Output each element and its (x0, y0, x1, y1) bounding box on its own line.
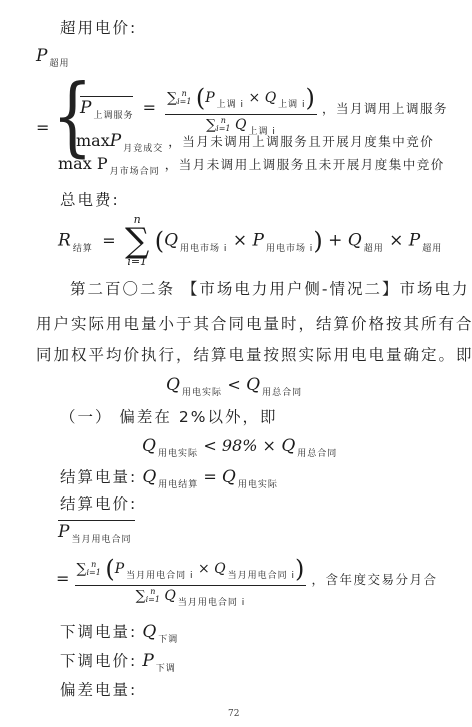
sum-lower: i=1 (177, 97, 191, 106)
subscript: 月竞成交 (123, 144, 163, 154)
subscript: 结算 (73, 244, 93, 254)
subscript: 上调服务 (93, 111, 133, 121)
subscript: 用总合同 (297, 449, 337, 459)
deviation-qty-label: 偏差电量: (60, 678, 137, 700)
symbol-p: P (58, 522, 69, 542)
subscript: 下调 (156, 664, 176, 674)
times: × (389, 231, 403, 251)
subscript: 用总合同 (262, 388, 302, 398)
symbol-q: Q (164, 588, 175, 604)
condition-formula: Q用电实际 < Q用总合同 (166, 375, 302, 395)
symbol-q: Q (222, 467, 236, 487)
plus: + (328, 231, 342, 251)
symbol-p: P (142, 651, 153, 671)
settle-price-label: 结算电价: (60, 492, 137, 514)
sum-symbol: ∑ (136, 588, 146, 604)
p-upward-service: P上调服务 (80, 96, 133, 118)
settle-price-symbol: P当月用电合同 (58, 522, 135, 542)
sum-lower: i=1 (125, 256, 149, 268)
symbol-q: Q (281, 436, 295, 456)
subscript: 用电市场 i (180, 244, 227, 254)
case-2-formula: maxP月竞成交 ，当月未调用上调服务且开展月度集中竞价 (76, 131, 434, 151)
down-qty-label: 下调电量: (60, 623, 137, 641)
down-price-label: 下调电价: (60, 652, 137, 670)
sum-lower: i=1 (146, 595, 160, 604)
symbol-q: Q (142, 436, 156, 456)
sum-limits: ni=1 (177, 90, 191, 106)
subscript: 上调 i (217, 100, 244, 110)
symbol-q: Q (166, 375, 180, 395)
numerator: ∑ni=1 (P上调 i × Q上调 i) (165, 84, 317, 115)
case-one-formula: Q用电实际 < 98% × Q用总合同 (142, 436, 337, 456)
times: × (233, 231, 247, 251)
subscript: 超用 (364, 244, 384, 254)
numerator: ∑ni=1 (P当月用电合同 i × Q当月用电合同 i) (75, 555, 307, 586)
subscript: 下调 (158, 635, 178, 645)
weighted-average-fraction: ∑ni=1 (P当月用电合同 i × Q当月用电合同 i) ∑ni=1 Q当月用… (75, 555, 307, 604)
case-3-condition: ，当月未调用上调服务且未开展月度集中竞价 (165, 157, 445, 172)
open-paren: ( (105, 555, 114, 583)
subscript: 用电实际 (182, 388, 222, 398)
case-1-formula: P上调服务 = ∑ni=1 (P上调 i × Q上调 i) ∑ni=1 Q上调 … (80, 84, 448, 133)
total-fee-formula: R结算 = n ∑ i=1 (Q用电市场 i × P用电市场 i) + Q超用 … (58, 214, 442, 268)
formula-suffix: ，含年度交易分月合 (311, 572, 437, 587)
sum-symbol: ∑ (167, 90, 177, 106)
symbol-p: P (252, 231, 263, 251)
symbol-q: Q (164, 231, 178, 251)
page-number: 72 (228, 709, 239, 719)
overuse-price-heading: 超用电价: (60, 16, 137, 38)
less-than: < (227, 375, 240, 394)
sum-lower: i=1 (87, 568, 101, 577)
denominator: ∑ni=1 Q当月用电合同 i (75, 586, 307, 604)
weighted-average-fraction: ∑ni=1 (P上调 i × Q上调 i) ∑ni=1 Q上调 i (165, 84, 317, 133)
article-line-1: 第二百〇二条 【市场电力用户侧-情况二】市场电力 (70, 277, 470, 299)
equals: = (102, 231, 115, 250)
symbol-q: Q (348, 231, 362, 251)
subscript: 月市场合同 (110, 167, 160, 177)
symbol-p: P (115, 561, 124, 577)
symbol-q: Q (142, 467, 156, 487)
symbol-p: P (36, 46, 47, 66)
sum-symbol: ∑ (125, 226, 149, 256)
case-1-condition: ，当月调用上调服务 (322, 101, 448, 116)
symbol-p: P (110, 131, 121, 151)
equals-sign: = (36, 118, 49, 137)
close-paren: ) (295, 555, 304, 583)
open-paren: ( (155, 227, 164, 255)
operator: < 98% × (203, 436, 276, 455)
equals: = (143, 98, 156, 117)
subscript: 当月用电合同 i (126, 571, 193, 581)
subscript: 用电实际 (238, 480, 278, 490)
open-paren: ( (196, 84, 205, 112)
max-operator: max (76, 131, 110, 150)
big-sum: n ∑ i=1 (125, 214, 149, 268)
overline-p: P当月用电合同 (58, 520, 135, 542)
sum-limits: ni=1 (87, 561, 101, 577)
equals: = (56, 569, 69, 588)
subscript: 用电结算 (158, 480, 198, 490)
times: × (249, 90, 261, 106)
subscript: 超用 (422, 244, 442, 254)
settle-qty-row: 结算电量: Q用电结算 = Q用电实际 (60, 465, 278, 487)
equals: = (203, 467, 216, 486)
case-one-heading: （一） 偏差在 2%以外，即 (60, 405, 277, 427)
subscript: 当月用电合同 (71, 535, 131, 545)
symbol-p: P (205, 90, 214, 106)
case-3-formula: max P月市场合同 ，当月未调用上调服务且未开展月度集中竞价 (58, 154, 445, 173)
subscript: 当月用电合同 i (228, 571, 295, 581)
article-line-2: 用户实际用电量小于其合同电量时，结算价格按其所有合 (36, 312, 472, 334)
overuse-price-symbol: P超用 (36, 46, 69, 66)
times: × (198, 561, 210, 577)
close-paren: ) (313, 227, 322, 255)
symbol-p: P (80, 98, 91, 118)
down-qty-row: 下调电量: Q下调 (60, 620, 178, 642)
symbol-r: R (58, 231, 71, 251)
sum-limits: ni=1 (146, 588, 160, 604)
symbol-q: Q (265, 90, 276, 106)
max-operator: max P (58, 154, 108, 173)
close-paren: ) (306, 84, 315, 112)
settle-price-formula: = ∑ni=1 (P当月用电合同 i × Q当月用电合同 i) ∑ni=1 Q当… (56, 555, 437, 604)
subscript: 上调 i (278, 100, 305, 110)
case-2-condition: ，当月未调用上调服务且开展月度集中竞价 (168, 134, 434, 149)
subscript: 用电市场 i (266, 244, 313, 254)
symbol-q: Q (246, 375, 260, 395)
symbol-q: Q (142, 622, 156, 642)
symbol-p: P (409, 231, 420, 251)
total-fee-heading: 总电费: (60, 188, 120, 210)
subscript: 用电实际 (158, 449, 198, 459)
down-price-row: 下调电价: P下调 (60, 649, 176, 671)
subscript: 当月用电合同 i (178, 598, 245, 608)
sum-symbol: ∑ (77, 561, 87, 577)
settle-qty-label: 结算电量: (60, 468, 137, 486)
symbol-q: Q (214, 561, 225, 577)
article-line-3: 同加权平均价执行，结算电量按照实际用电电量确定。即 (36, 343, 472, 365)
